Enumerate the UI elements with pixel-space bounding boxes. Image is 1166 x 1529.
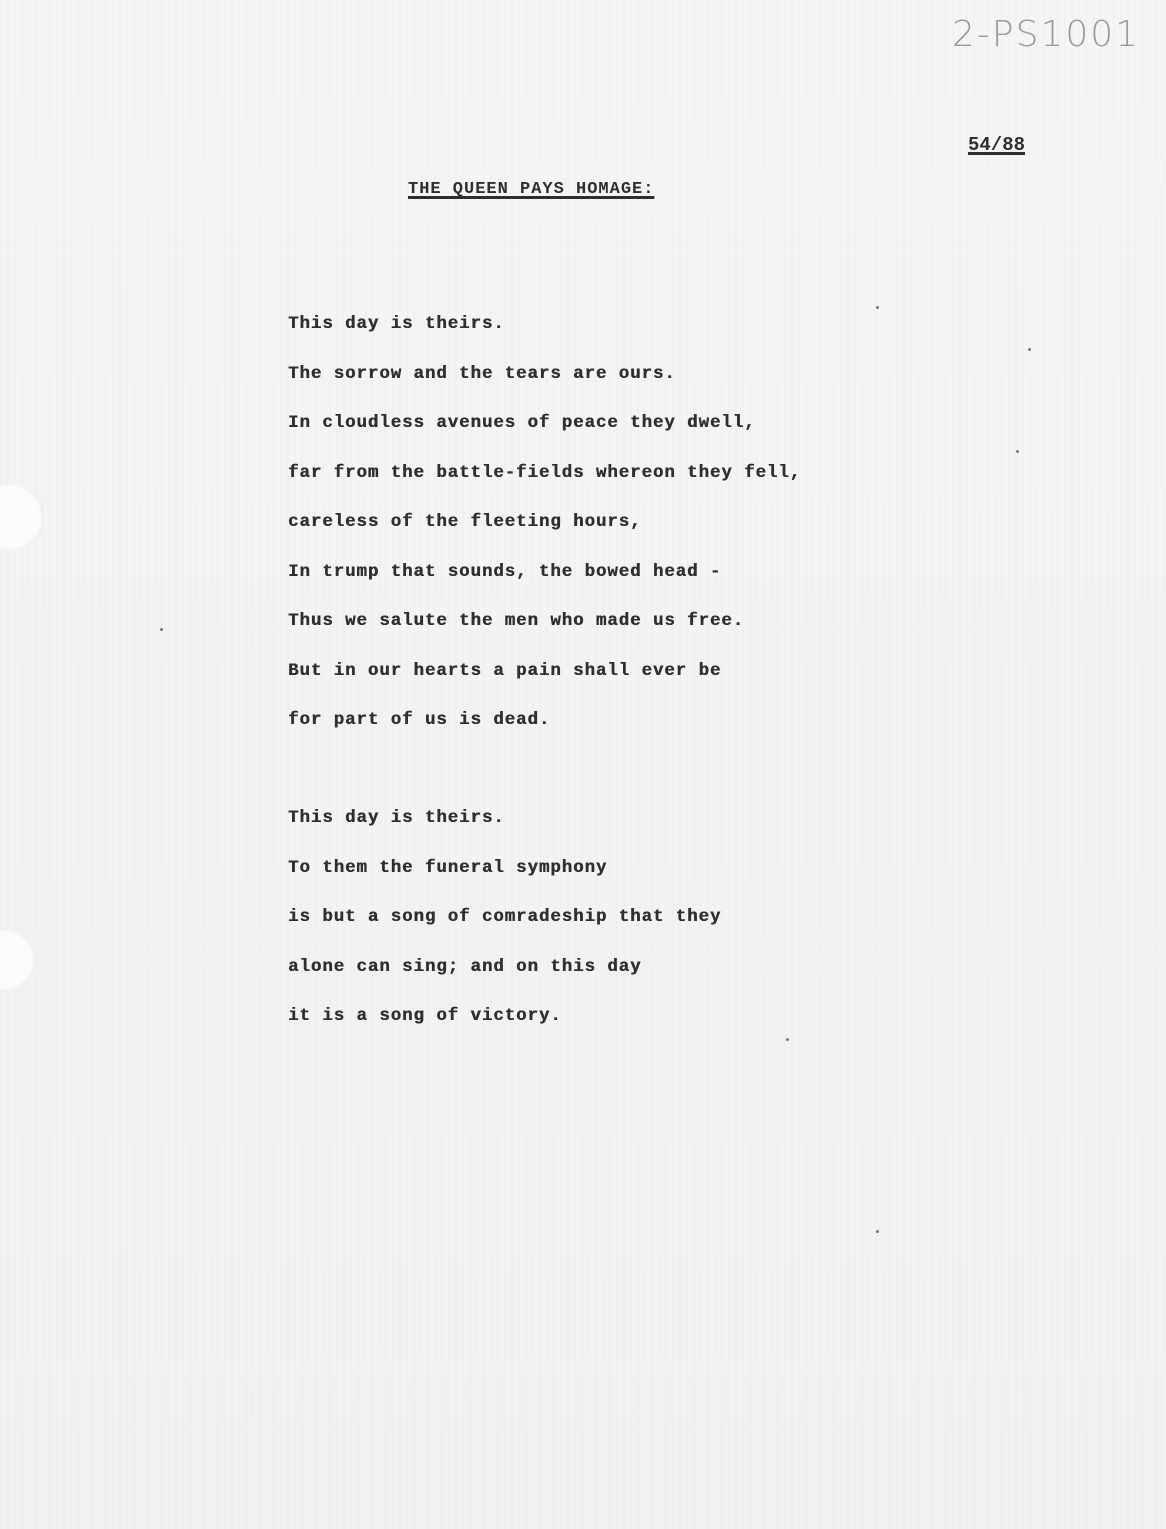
page-number: 54/88: [968, 134, 1025, 156]
poem-line: This day is theirs.: [288, 312, 801, 362]
document-title: THE QUEEN PAYS HOMAGE:: [408, 180, 654, 199]
poem-line: In cloudless avenues of peace they dwell…: [288, 411, 801, 461]
scan-speck: [160, 628, 163, 631]
punch-hole: [0, 930, 36, 990]
poem-line: far from the battle-fields whereon they …: [288, 461, 801, 511]
document-page: 2-PS1001 54/88 THE QUEEN PAYS HOMAGE: Th…: [0, 0, 1166, 1529]
poem-line: To them the funeral symphony: [288, 856, 721, 906]
poem-line: for part of us is dead.: [288, 708, 801, 758]
poem-line: But in our hearts a pain shall ever be: [288, 659, 801, 709]
stanza: This day is theirs. To them the funeral …: [288, 806, 721, 1054]
punch-hole: [0, 484, 44, 550]
scan-speck: [1016, 450, 1019, 453]
scan-speck: [786, 1038, 789, 1041]
scan-speck: [876, 1230, 879, 1233]
poem-line: This day is theirs.: [288, 806, 721, 856]
stanza: This day is theirs. The sorrow and the t…: [288, 312, 801, 758]
poem-line: is but a song of comradeship that they: [288, 905, 721, 955]
scan-speck: [876, 306, 879, 309]
poem-line: Thus we salute the men who made us free.: [288, 609, 801, 659]
poem-line: In trump that sounds, the bowed head -: [288, 560, 801, 610]
poem-line: it is a song of victory.: [288, 1004, 721, 1054]
scan-speck: [1028, 348, 1031, 351]
handwritten-annotation: 2-PS1001: [952, 14, 1140, 55]
poem-line: The sorrow and the tears are ours.: [288, 362, 801, 412]
poem-line: careless of the fleeting hours,: [288, 510, 801, 560]
poem-line: alone can sing; and on this day: [288, 955, 721, 1005]
